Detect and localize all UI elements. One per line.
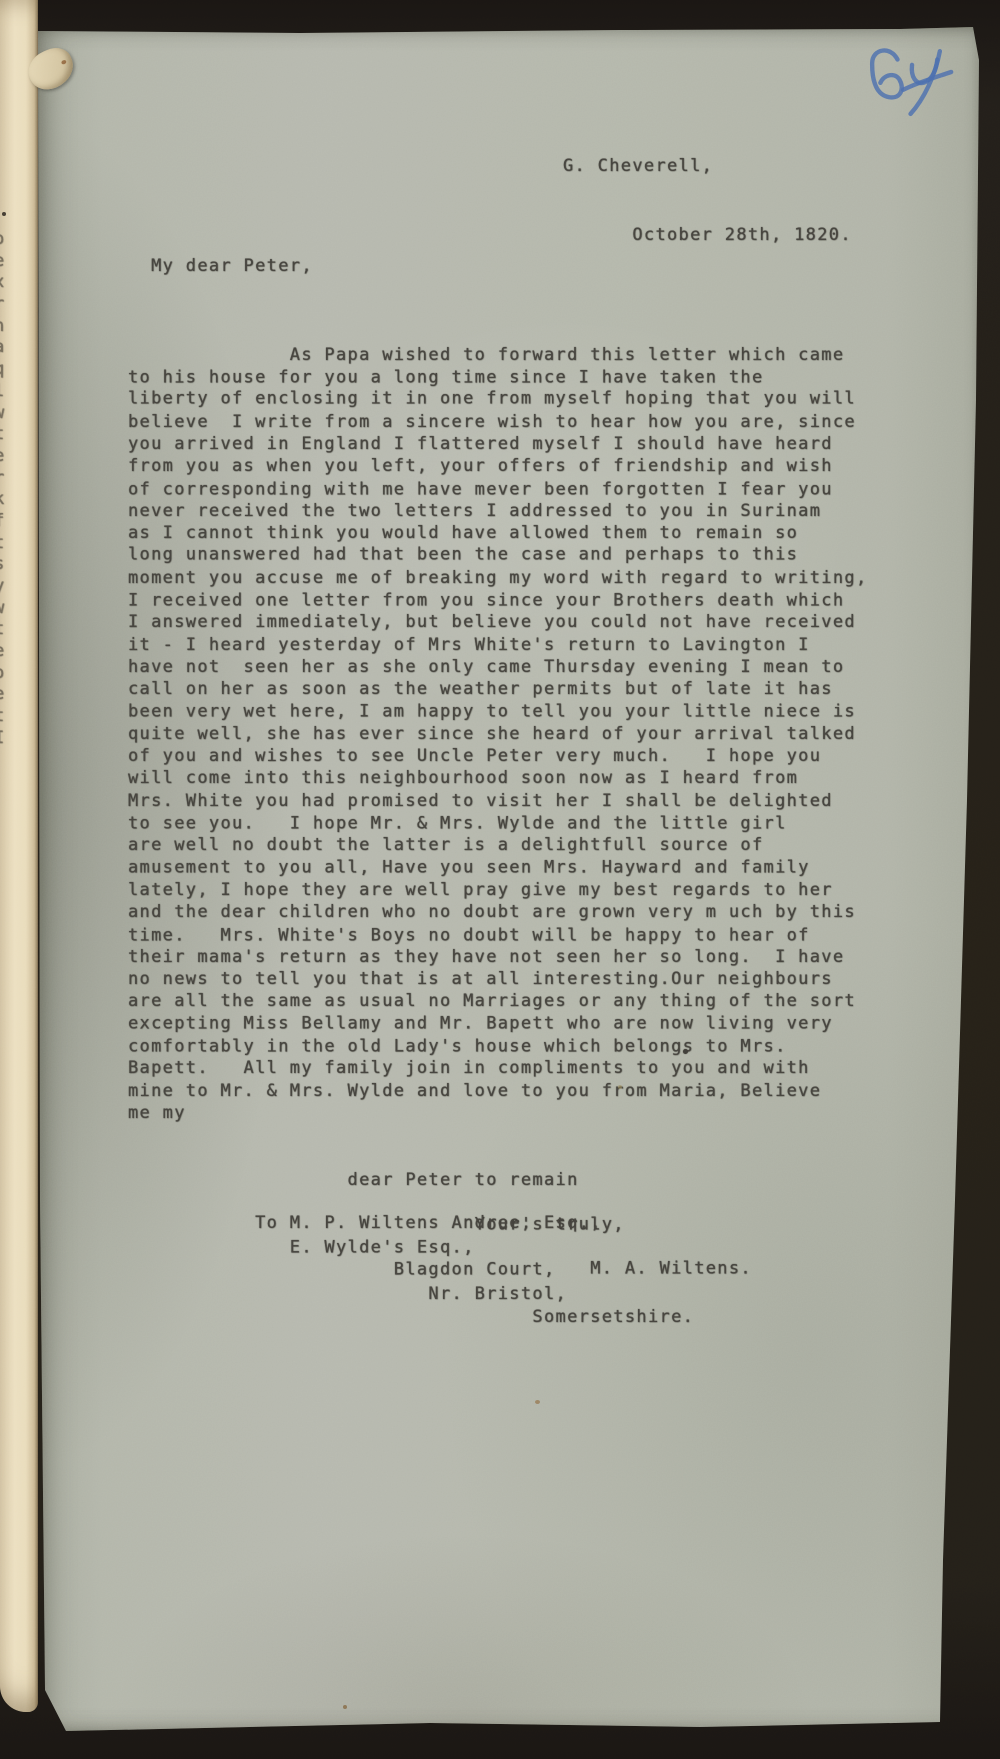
body-line: comfortably in the old Lady's house whic… [128, 1035, 948, 1057]
address-line: E. Wylde's Esq., [128, 1236, 694, 1260]
edge-fragment-letter: o [0, 228, 12, 250]
body-line: never received the two letters I address… [128, 500, 948, 522]
body-line: quite well, she has ever since she heard… [128, 723, 948, 745]
edge-fragment-letter: e [0, 640, 12, 662]
body-line: moment you accuse me of breaking my word… [128, 567, 948, 589]
body-line: will come into this neighbourhood soon n… [128, 767, 948, 789]
body-line: believe I write from a sincere wish to h… [128, 411, 948, 433]
paper-speck [618, 1085, 622, 1089]
body-line: as I cannot think you would have allowed… [128, 522, 948, 544]
body-line: mine to Mr. & Mrs. Wylde and love to you… [128, 1080, 948, 1102]
edge-fragment-letter: w [0, 402, 12, 424]
edge-fragment-letter: y [0, 575, 12, 597]
body-line: As Papa wished to forward this letter wh… [128, 344, 948, 366]
letter-main-text: My dear Peter, As Papa wished to forward… [128, 210, 948, 1325]
stray-ink-dot [683, 1049, 688, 1054]
edge-fragment-letter: l [0, 380, 12, 402]
edge-fragment-letter: t [0, 618, 12, 640]
underlying-page-edge: oexrnaqlwterkftsywteoetI [0, 0, 38, 1712]
address-line: Somersetshire. [128, 1306, 694, 1330]
archive-photo-background: oexrnaqlwterkftsywteoetI G. Cheverell, O… [0, 0, 1000, 1759]
edge-fragment-letter: n [0, 315, 12, 337]
body-line: Mrs. White you had promised to visit her… [128, 790, 948, 812]
body-line: and the dear children who no doubt are g… [128, 901, 948, 923]
body-line: time. Mrs. White's Boys no doubt will be… [128, 924, 948, 946]
address-line: To M. P. Wiltens Andree, Esq., [128, 1212, 694, 1236]
body-line: I received one letter from you since you… [128, 590, 948, 612]
address-line: Nr. Bristol, [128, 1283, 694, 1307]
letter-body: As Papa wished to forward this letter wh… [128, 344, 948, 1124]
edge-fragment-letter: r [0, 467, 12, 489]
letter-page: G. Cheverell, October 28th, 1820. My dea… [36, 26, 982, 1732]
edge-fragment-letter: e [0, 250, 12, 272]
body-line: their mama's return as they have not see… [128, 946, 948, 968]
body-line: of corresponding with me have mever been… [128, 478, 948, 500]
edge-fragment-letter: t [0, 705, 12, 727]
body-line: I answered immediately, but believe you … [128, 611, 948, 633]
body-line: call on her as soon as the weather permi… [128, 678, 948, 700]
body-line: been very wet here, I am happy to tell y… [128, 700, 948, 722]
body-line: long unanswered had that been the case a… [128, 544, 948, 566]
body-line: from you as when you left, your offers o… [128, 455, 948, 477]
body-line: me my [128, 1102, 948, 1124]
edge-fragment-letter: o [0, 662, 12, 684]
body-line: amusement to you all, Have you seen Mrs.… [128, 856, 948, 878]
edge-fragment-letter: k [0, 488, 12, 510]
edge-fragment-letter: x [0, 271, 12, 293]
edge-fragment-letter: e [0, 683, 12, 705]
body-line: it - I heard yesterday of Mrs White's re… [128, 634, 948, 656]
paper-speck [535, 1400, 540, 1404]
body-line: you arrived in England I flattered mysel… [128, 433, 948, 455]
body-line: excepting Miss Bellamy and Mr. Bapett wh… [128, 1012, 948, 1034]
edge-fragment-letter: a [0, 336, 12, 358]
folio-number-handwritten [858, 33, 975, 131]
edge-fragment-letter: q [0, 358, 12, 380]
edge-fragment-letter: I [0, 727, 12, 749]
body-line: have not seen her as she only came Thurs… [128, 656, 948, 678]
heading-place: G. Cheverell, [563, 155, 852, 178]
address-block: To M. P. Wiltens Andree, Esq., E. Wylde'… [128, 1212, 694, 1330]
body-line: of you and wishes to see Uncle Peter ver… [128, 745, 948, 767]
edge-fragment-letter: t [0, 532, 12, 554]
body-line: are all the same as usual no Marriages o… [128, 990, 948, 1012]
body-line: liberty of enclosing it in one from myse… [128, 388, 948, 410]
edge-fragment-letter: s [0, 553, 12, 575]
body-line: to his house for you a long time since I… [128, 367, 948, 389]
edge-fragment-letter: w [0, 597, 12, 619]
body-line: are well no doubt the latter is a deligh… [128, 834, 948, 856]
edge-fragment-letter: r [0, 293, 12, 315]
body-line: Bapett. All my family join in compliment… [128, 1057, 948, 1079]
edge-fragment-letter: e [0, 445, 12, 467]
body-line: no news to tell you that is at all inter… [128, 968, 948, 990]
edge-fragment-letter: t [0, 423, 12, 445]
closing-line: dear Peter to remain [128, 1169, 948, 1191]
body-line: to see you. I hope Mr. & Mrs. Wylde and … [128, 813, 948, 835]
address-line: Blagdon Court, [128, 1259, 694, 1283]
body-line: lately, I hope they are well pray give m… [128, 879, 948, 901]
paper-speck [343, 1705, 347, 1709]
edge-text-fragments: oexrnaqlwterkftsywteoetI [0, 228, 12, 749]
salutation: My dear Peter, [128, 255, 948, 277]
edge-fragment-letter: f [0, 510, 12, 532]
